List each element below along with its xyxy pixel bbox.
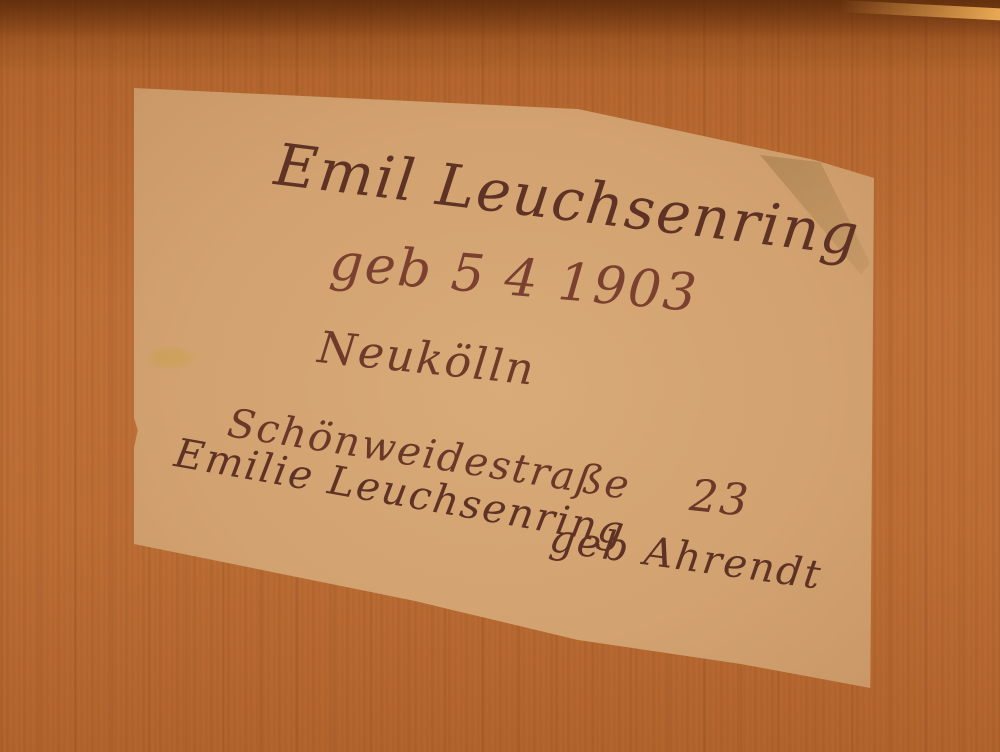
label-house-number: 23 [687,470,752,527]
